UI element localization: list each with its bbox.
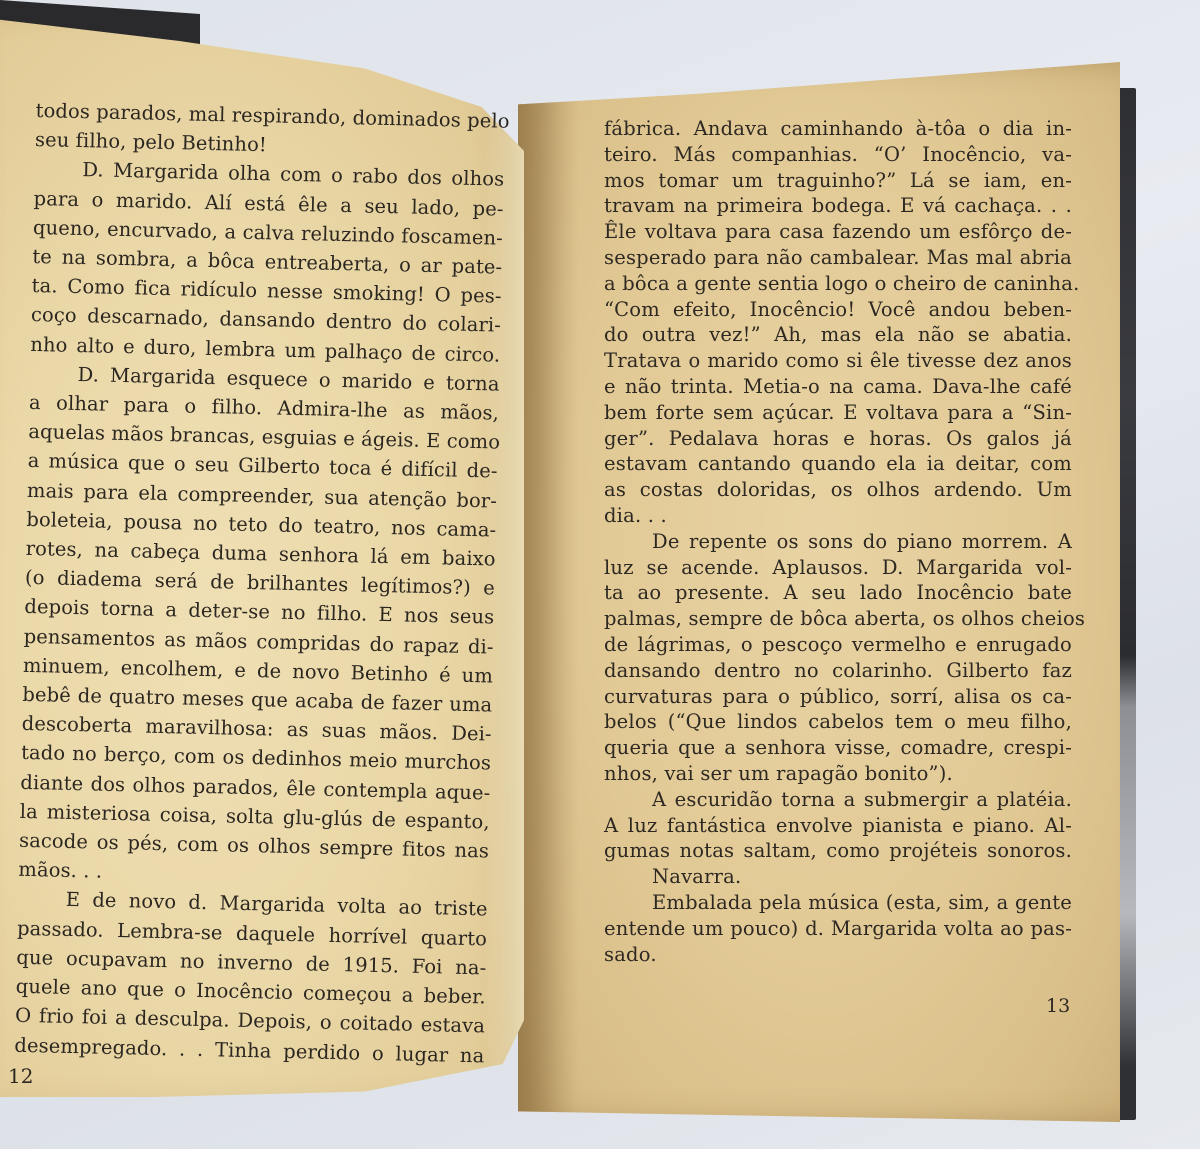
book-cover-edge-right bbox=[1118, 88, 1136, 1120]
text-line: estavam cantando quando ela ia deitar, c… bbox=[604, 451, 1072, 477]
text-line: A escuridão torna a submergir a platéia. bbox=[604, 787, 1072, 813]
text-line: Tratava o marido como si êle tivesse dez… bbox=[604, 348, 1072, 374]
text-line: sado. bbox=[604, 942, 1072, 968]
text-line: queria que a senhora visse, comadre, cre… bbox=[604, 735, 1072, 761]
text-line: entende um pouco) d. Margarida volta ao … bbox=[604, 916, 1072, 942]
text-line: e não trinta. Metia-o na cama. Dava-lhe … bbox=[604, 374, 1072, 400]
text-line: ger”. Pedalava horas e horas. Os galos j… bbox=[604, 426, 1072, 452]
right-page-number: 13 bbox=[1046, 995, 1070, 1017]
text-line: palmas, sempre de bôca aberta, os olhos … bbox=[604, 606, 1072, 632]
text-line: gumas notas saltam, como projéteis sonor… bbox=[604, 838, 1072, 864]
text-line: A luz fantástica envolve pianista e pian… bbox=[604, 813, 1072, 839]
text-line: as costas doloridas, os olhos ardendo. U… bbox=[604, 477, 1072, 503]
text-line: Embalada pela música (esta, sim, a gente bbox=[604, 890, 1072, 916]
text-line: nhos, vai ser um rapagão bonito”). bbox=[604, 761, 1072, 787]
text-line: travam na primeira bodega. E vá cachaça.… bbox=[604, 193, 1072, 219]
text-line: Êle voltava para casa fazendo um esfôrço… bbox=[604, 219, 1072, 245]
text-line: sesperado para não cambalear. Mas mal ab… bbox=[604, 245, 1072, 271]
text-line: “Com efeito, Inocêncio! Você andou beben… bbox=[604, 297, 1072, 323]
text-line: dansando dentro no colarinho. Gilberto f… bbox=[604, 658, 1072, 684]
text-line: teiro. Más companhias. “O’ Inocêncio, va… bbox=[604, 142, 1072, 168]
right-page-text: fábrica. Andava caminhando à-tôa o dia i… bbox=[604, 116, 1072, 967]
text-line: mos tomar um traguinho?” Lá se iam, en- bbox=[604, 168, 1072, 194]
text-line: Navarra. bbox=[604, 864, 1072, 890]
left-page-number: 12 bbox=[8, 1064, 33, 1088]
text-line: luz se acende. Aplausos. D. Margarida vo… bbox=[604, 555, 1072, 581]
text-line: belos (“Que lindos cabelos tem o meu fil… bbox=[604, 709, 1072, 735]
text-line: fábrica. Andava caminhando à-tôa o dia i… bbox=[604, 116, 1072, 142]
text-line: do outra vez!” Ah, mas ela não se abatia… bbox=[604, 322, 1072, 348]
text-line: a bôca a gente sentia logo o cheiro de c… bbox=[604, 271, 1072, 297]
left-page-text: todos parados, mal respirando, dominados… bbox=[14, 96, 506, 1070]
text-line: de lágrimas, o pescoço vermelho e enruga… bbox=[604, 632, 1072, 658]
text-line: bem forte sem açúcar. E voltava para a “… bbox=[604, 400, 1072, 426]
text-line: De repente os sons do piano morrem. A bbox=[604, 529, 1072, 555]
book-photo-scene: todos parados, mal respirando, dominados… bbox=[0, 0, 1200, 1149]
text-line: ta ao presente. A seu lado Inocêncio bat… bbox=[604, 580, 1072, 606]
text-line: curvaturas para o público, sorrí, alisa … bbox=[604, 684, 1072, 710]
text-line: dia. . . bbox=[604, 503, 1072, 529]
